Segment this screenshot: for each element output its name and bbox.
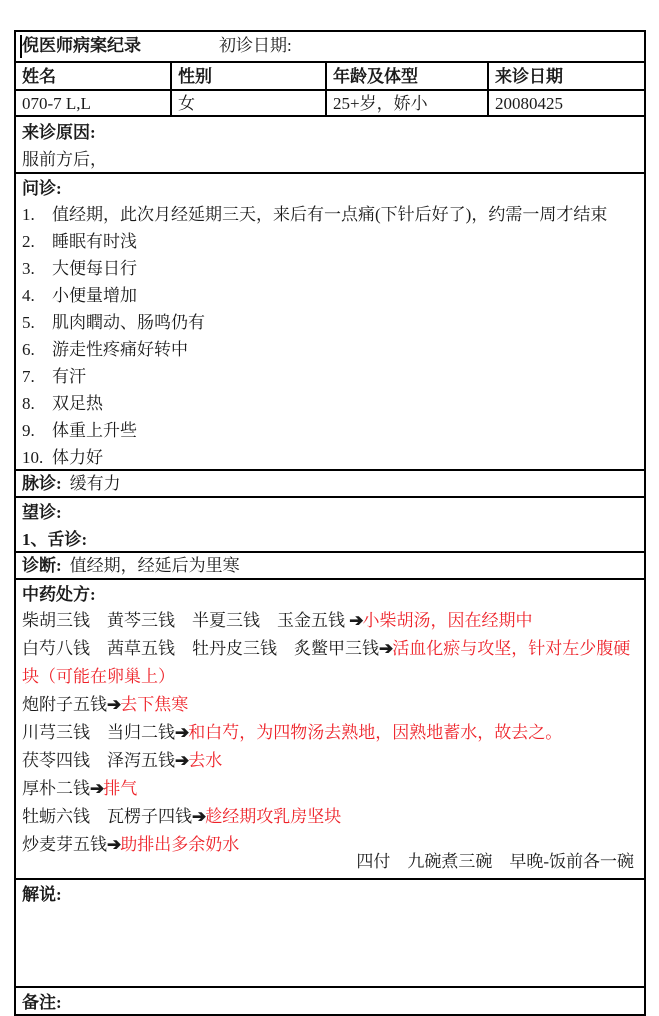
arrow-icon: ➔ [107,695,120,714]
text-cursor [20,35,22,58]
patient-age-build: 25+岁，娇小 [325,91,487,115]
arrow-icon: ➔ [192,807,205,826]
prescription-line: 白芍八钱 茜草五钱 牡丹皮三钱 炙鳖甲三钱➔活血化瘀与攻坚，针对左少腹硬块（可能… [22,635,636,691]
observation-label: 望诊: [22,499,644,526]
inquiry-item: 9.体重上升些 [22,417,644,444]
arrow-icon: ➔ [349,611,362,630]
inquiry-item: 2.睡眠有时浅 [22,228,644,255]
patient-id: 070-7 L,L [16,91,170,115]
observation-section: 望诊: 1、舌诊: [16,496,644,551]
prescription-line: 茯苓四钱 泽泻五钱➔去水 [22,747,636,775]
arrow-icon: ➔ [107,835,120,854]
arrow-icon: ➔ [175,723,188,742]
patient-header-row: 姓名 性别 年龄及体型 来诊日期 [16,61,644,89]
patient-gender: 女 [170,91,325,115]
inquiry-item: 10.体力好 [22,444,644,471]
inquiry-item: 7.有汗 [22,363,644,390]
patient-visit-date: 20080425 [487,91,644,115]
arrow-icon: ➔ [90,779,103,798]
header-gender: 性别 [170,63,325,89]
explanation-label: 解说: [22,882,644,907]
prescription-line: 川芎三钱 当归二钱➔和白芍，为四物汤去熟地，因熟地蓄水，故去之。 [22,719,636,747]
diagnosis-label: 诊断: [22,556,62,575]
arrow-icon: ➔ [175,751,188,770]
title-row: 倪医师病案纪录 初诊日期: [16,32,644,61]
remarks-section: 备注: [16,986,644,1014]
doc-title: 倪医师病案纪录 [22,36,141,55]
inquiry-label: 问诊: [22,176,644,201]
remarks-label: 备注: [22,990,644,1015]
first-visit-date-label: 初诊日期: [219,32,292,60]
page: 倪医师病案纪录 初诊日期: 姓名 性别 年龄及体型 来诊日期 070-7 L,L… [0,0,659,1016]
pulse-content: 缓有力 [70,474,121,493]
patient-data-row: 070-7 L,L 女 25+岁，娇小 20080425 [16,89,644,115]
prescription-line: 炮附子五钱➔去下焦寒 [22,691,636,719]
diagnosis-section: 诊断:值经期，经延后为里寒 [16,551,644,578]
prescription-label: 中药处方: [22,582,636,607]
header-visit-date: 来诊日期 [487,63,644,89]
diagnosis-content: 值经期，经延后为里寒 [70,556,240,575]
tongue-label: 1、舌诊: [22,526,644,553]
prescription-line: 厚朴二钱➔排气 [22,775,636,803]
medical-record-table: 倪医师病案纪录 初诊日期: 姓名 性别 年龄及体型 来诊日期 070-7 L,L… [14,30,646,1016]
reason-content: 服前方后， [22,146,644,173]
inquiry-item: 5.肌肉瞤动、肠鸣仍有 [22,309,644,336]
inquiry-item: 4.小便量增加 [22,282,644,309]
prescription-line: 牡蛎六钱 瓦楞子四钱➔趁经期攻乳房坚块 [22,803,636,831]
pulse-section: 脉诊:缓有力 [16,469,644,496]
reason-section: 来诊原因: 服前方后， [16,115,644,172]
inquiry-section: 问诊: 1.值经期，此次月经延期三天，来后有一点痛(下针后好了)，约需一周才结束… [16,172,644,469]
arrow-icon: ➔ [379,639,392,658]
prescription-section: 中药处方: 柴胡三钱 黄芩三钱 半夏三钱 玉金五钱 ➔小柴胡汤，因在经期中 白芍… [16,578,644,878]
prescription-line: 柴胡三钱 黄芩三钱 半夏三钱 玉金五钱 ➔小柴胡汤，因在经期中 [22,607,636,635]
inquiry-item: 8.双足热 [22,390,644,417]
inquiry-item: 1.值经期，此次月经延期三天，来后有一点痛(下针后好了)，约需一周才结束 [22,201,644,228]
header-age-build: 年龄及体型 [325,63,487,89]
inquiry-item: 3.大便每日行 [22,255,644,282]
explanation-section: 解说: [16,878,644,986]
pulse-label: 脉诊: [22,474,62,493]
header-name: 姓名 [16,63,170,89]
dosage-instructions: 四付 九碗煮三碗 早晚-饭前各一碗 [356,849,634,875]
inquiry-item: 6.游走性疼痛好转中 [22,336,644,363]
reason-label: 来诊原因: [22,119,644,146]
